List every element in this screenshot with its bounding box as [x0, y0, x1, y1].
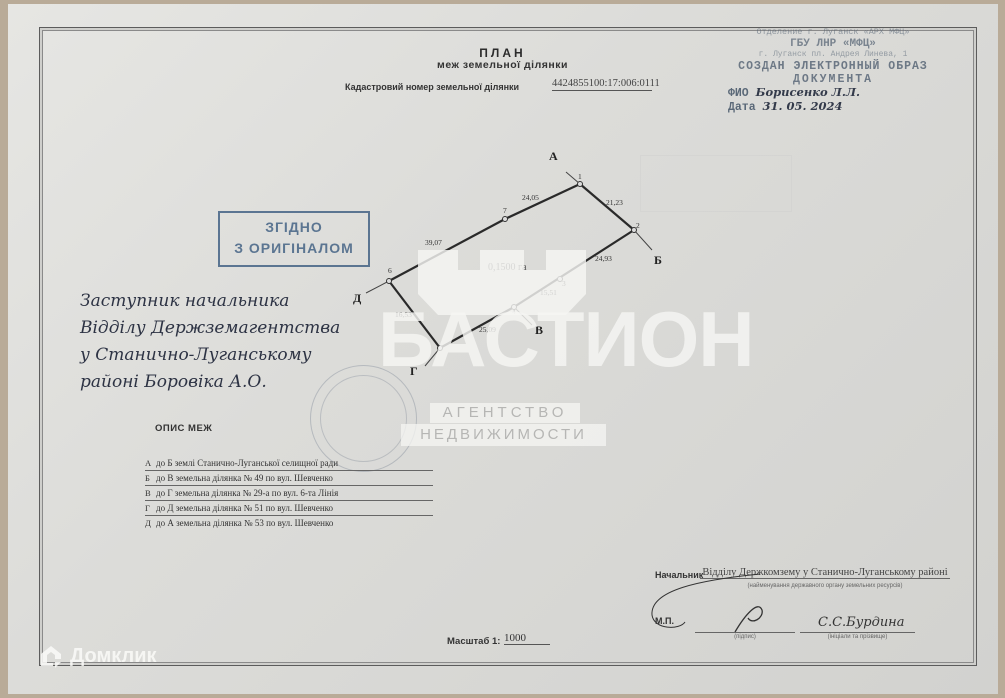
segment-length: 39,07 — [425, 238, 442, 247]
domclick-watermark: Домклик — [38, 643, 157, 669]
agency-watermark: АГЕНТСТВО — [430, 403, 580, 423]
point-label: 2 — [636, 221, 640, 230]
corner-label: А — [549, 149, 558, 163]
boundary-key: А — [145, 457, 156, 470]
bastion-watermark: БАСТИОН — [378, 300, 754, 378]
point-label: 7 — [503, 206, 507, 215]
point-label: 6 — [388, 266, 392, 275]
boundary-key: Г — [145, 502, 156, 515]
boundary-row: Бдо В земельна ділянка № 49 по вул. Шевч… — [145, 472, 433, 486]
point-label: 1 — [578, 172, 582, 181]
boundary-row: Гдо Д земельна ділянка № 51 по вул. Шевч… — [145, 502, 433, 516]
boundary-text: до Г земельна ділянка № 29-а по вул. 6-т… — [156, 487, 338, 500]
boundary-key: В — [145, 487, 156, 500]
boundary-row: Адо Б землі Станично-Луганської селищної… — [145, 457, 433, 471]
segment-length: 21,23 — [606, 198, 623, 207]
scale-label: Масштаб 1: — [447, 636, 500, 647]
boundary-row: Ддо А земельна ділянка № 53 по вул. Шевч… — [145, 517, 433, 530]
segment-length: 24,93 — [595, 254, 612, 263]
corner-label: Д — [353, 291, 362, 305]
boundary-row: Вдо Г земельна ділянка № 29-а по вул. 6-… — [145, 487, 433, 501]
boundary-text: до А земельна ділянка № 53 по вул. Шевче… — [156, 517, 333, 530]
signature-name: С.С.Бурдина — [818, 615, 905, 630]
segment-length: 24,05 — [522, 193, 539, 202]
domclick-label: Домклик — [70, 645, 157, 668]
boundary-text: до Б землі Станично-Луганської селищної … — [156, 457, 338, 470]
boundary-key: Д — [145, 517, 156, 530]
realty-watermark: НЕДВИЖИМОСТИ — [401, 424, 606, 446]
corner-label: Б — [654, 253, 662, 267]
boundaries-title: ОПИС МЕЖ — [155, 423, 212, 434]
signature-caption: (підпис) — [695, 632, 795, 640]
boundary-text: до В земельна ділянка № 49 по вул. Шевче… — [156, 472, 333, 485]
name-caption: (ініціали та прізвище) — [800, 632, 915, 640]
scale-value: 1000 — [504, 632, 550, 645]
boundary-key: Б — [145, 472, 156, 485]
boundary-text: до Д земельна ділянка № 51 по вул. Шевче… — [156, 502, 333, 515]
signatures: С.С.Бурдина — [640, 570, 940, 640]
domclick-house-icon — [38, 643, 64, 669]
